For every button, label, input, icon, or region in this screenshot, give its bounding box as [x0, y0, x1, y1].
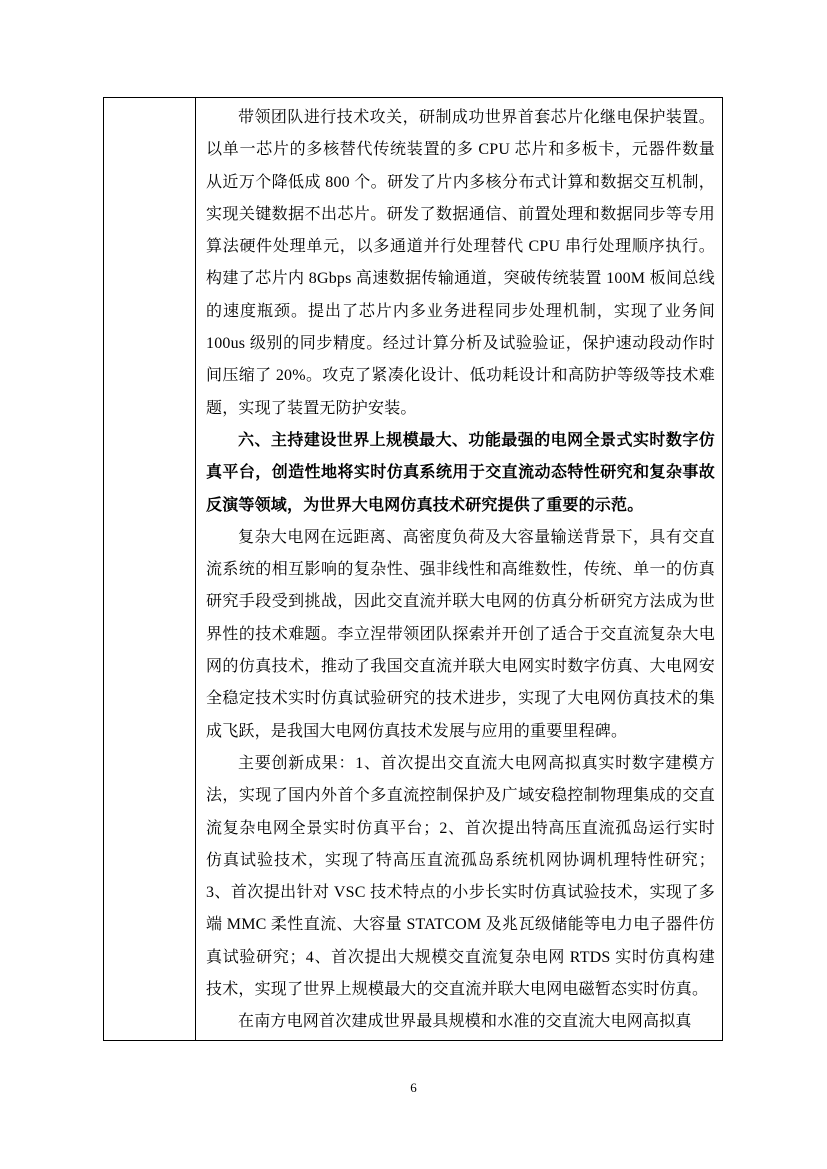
paragraph-simulation-background: 复杂大电网在远距离、高密度负荷及大容量输送背景下，具有交直流系统的相互影响的复杂… [206, 522, 715, 748]
document-table: 带领团队进行技术攻关，研制成功世界首套芯片化继电保护装置。以单一芯片的多核替代传… [103, 97, 723, 1041]
paragraph-csg-platform-truncated: 在南方电网首次建成世界最具规模和水准的交直流大电网高拟真 [206, 1006, 715, 1038]
page-number: 6 [0, 1080, 827, 1096]
paragraph-innovation-results: 主要创新成果：1、首次提出交直流大电网高拟真实时数字建模方法，实现了国内外首个多… [206, 748, 715, 1006]
section-heading-six: 六、主持建设世界上规模最大、功能最强的电网全景式实时数字仿真平台，创造性地将实时… [206, 425, 715, 522]
paragraph-chip-protection: 带领团队进行技术攻关，研制成功世界首套芯片化继电保护装置。以单一芯片的多核替代传… [206, 102, 715, 425]
table-content-cell: 带领团队进行技术攻关，研制成功世界首套芯片化继电保护装置。以单一芯片的多核替代传… [196, 98, 722, 1040]
document-page: 带领团队进行技术攻关，研制成功世界首套芯片化继电保护装置。以单一芯片的多核替代传… [0, 0, 827, 1169]
table-label-cell [104, 98, 196, 1040]
